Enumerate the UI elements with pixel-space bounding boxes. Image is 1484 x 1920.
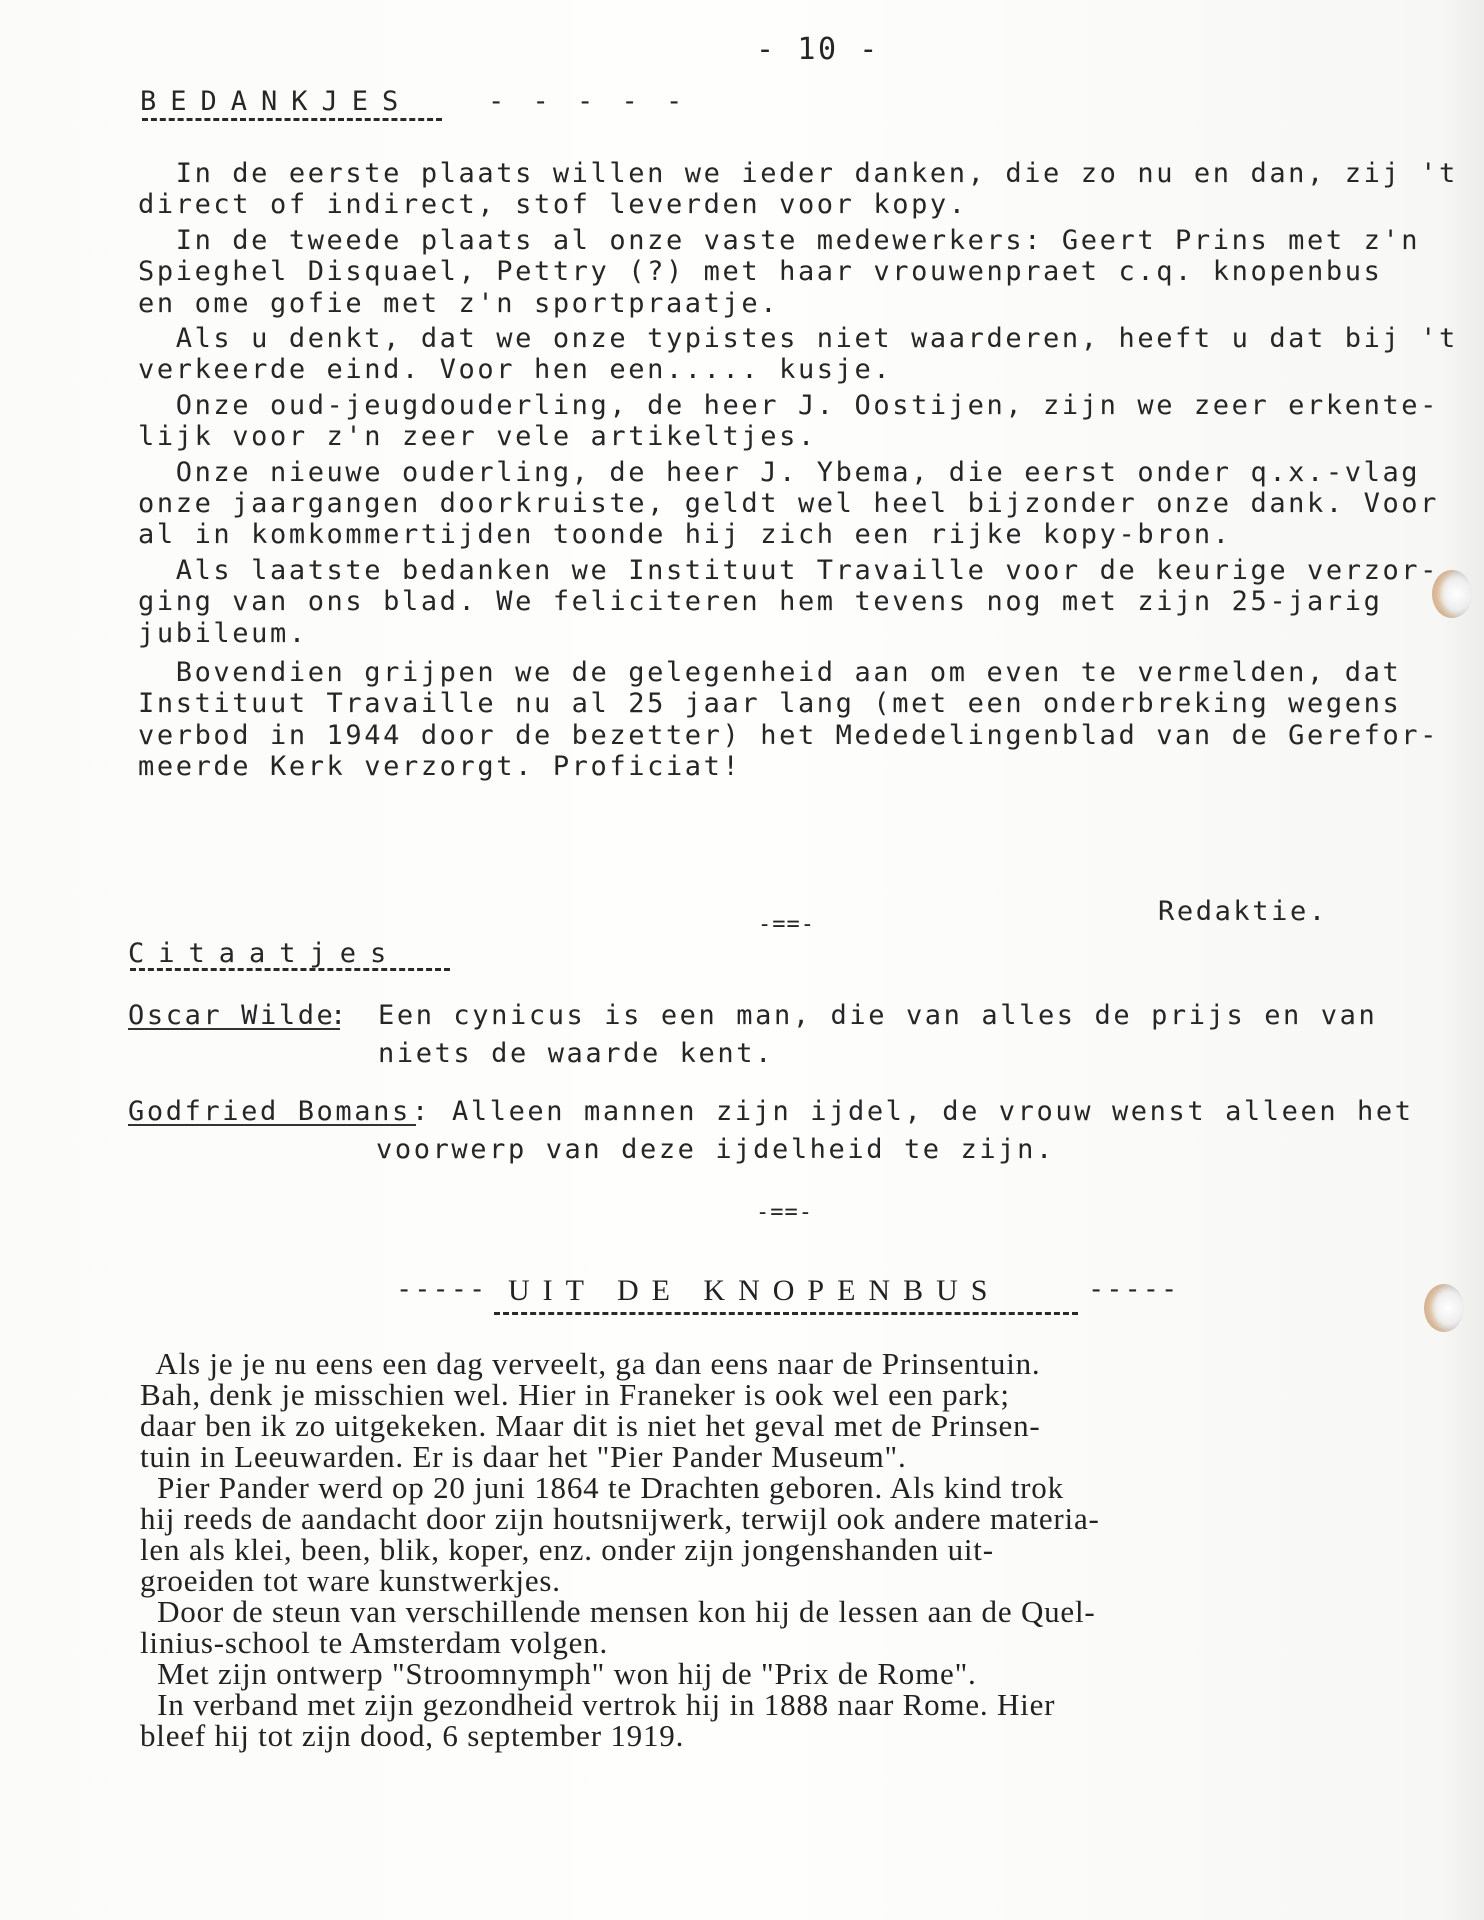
page-number: - 10 - (756, 32, 880, 67)
text-line: direct of indirect, stof leverden voor k… (138, 189, 968, 220)
knopenbus-dashes-right: ----- (1088, 1274, 1179, 1305)
text-line: Onze nieuwe ouderling, de heer J. Ybema,… (138, 457, 1420, 488)
text-line: bleef hij tot zijn dood, 6 september 191… (140, 1718, 684, 1754)
quote-author-oscar-wilde: Oscar Wilde (128, 1000, 335, 1031)
text-line: verkeerde eind. Voor hen een..... kusje. (138, 354, 892, 385)
quote-text-line: niets de waarde kent. (378, 1038, 774, 1069)
punch-hole (1432, 570, 1472, 618)
quote-text-line: voorwerp van deze ijdelheid te zijn. (376, 1134, 1055, 1165)
text-line: lijk voor z'n zeer vele artikeltjes. (138, 421, 817, 452)
bedankjes-heading-underline (142, 118, 442, 121)
quote-text-line: Een cynicus is een man, die van alles de… (378, 1000, 1377, 1031)
knopenbus-heading: UIT DE KNOPENBUS (508, 1274, 1000, 1308)
text-line: jubileum. (138, 618, 308, 649)
text-line: Instituut Travaille nu al 25 jaar lang (… (138, 688, 1401, 719)
text-line: Bovendien grijpen we de gelegenheid aan … (138, 657, 1401, 688)
separator-1: -==- (758, 912, 815, 937)
text-line: Spieghel Disquael, Pettry (?) met haar v… (138, 256, 1382, 287)
scanned-page: - 10 - BEDANKJES - - - - - In de eerste … (0, 0, 1484, 1920)
text-line: In de tweede plaats al onze vaste medewe… (138, 225, 1420, 256)
text-line: al in komkommertijden toonde hij zich ee… (138, 519, 1232, 550)
punch-hole (1424, 1284, 1464, 1332)
quote-author-underline (128, 1124, 416, 1126)
text-line: Als u denkt, dat we onze typistes niet w… (138, 323, 1458, 354)
signature: Redaktie. (1158, 896, 1328, 927)
knopenbus-dashes-left: ----- (396, 1274, 487, 1305)
text-line: Onze oud-jeugdouderling, de heer J. Oost… (138, 390, 1439, 421)
text-line: verbod in 1944 door de bezetter) het Med… (138, 720, 1439, 751)
citaatjes-heading-underline (130, 968, 450, 971)
text-line: onze jaargangen doorkruiste, geldt wel h… (138, 488, 1439, 519)
text-line: ging van ons blad. We feliciteren hem te… (138, 586, 1382, 617)
quote-author-underline (128, 1028, 340, 1030)
text-line: Als laatste bedanken we Instituut Travai… (138, 555, 1439, 586)
text-line: In de eerste plaats willen we ieder dank… (138, 158, 1458, 189)
quote-author-godfried-bomans: Godfried Bomans (128, 1096, 411, 1127)
citaatjes-heading: Citaatjes (128, 938, 400, 969)
text-line: meerde Kerk verzorgt. Proficiat! (138, 751, 741, 782)
bedankjes-heading: BEDANKJES (140, 86, 412, 117)
knopenbus-heading-underline (494, 1312, 1078, 1315)
bedankjes-heading-dashes: - - - - - (488, 86, 688, 117)
separator-2: -==- (756, 1200, 813, 1225)
quote-text-line: Alleen mannen zijn ijdel, de vrouw wenst… (452, 1096, 1414, 1127)
text-line: en ome gofie met z'n sportpraatje. (138, 288, 779, 319)
